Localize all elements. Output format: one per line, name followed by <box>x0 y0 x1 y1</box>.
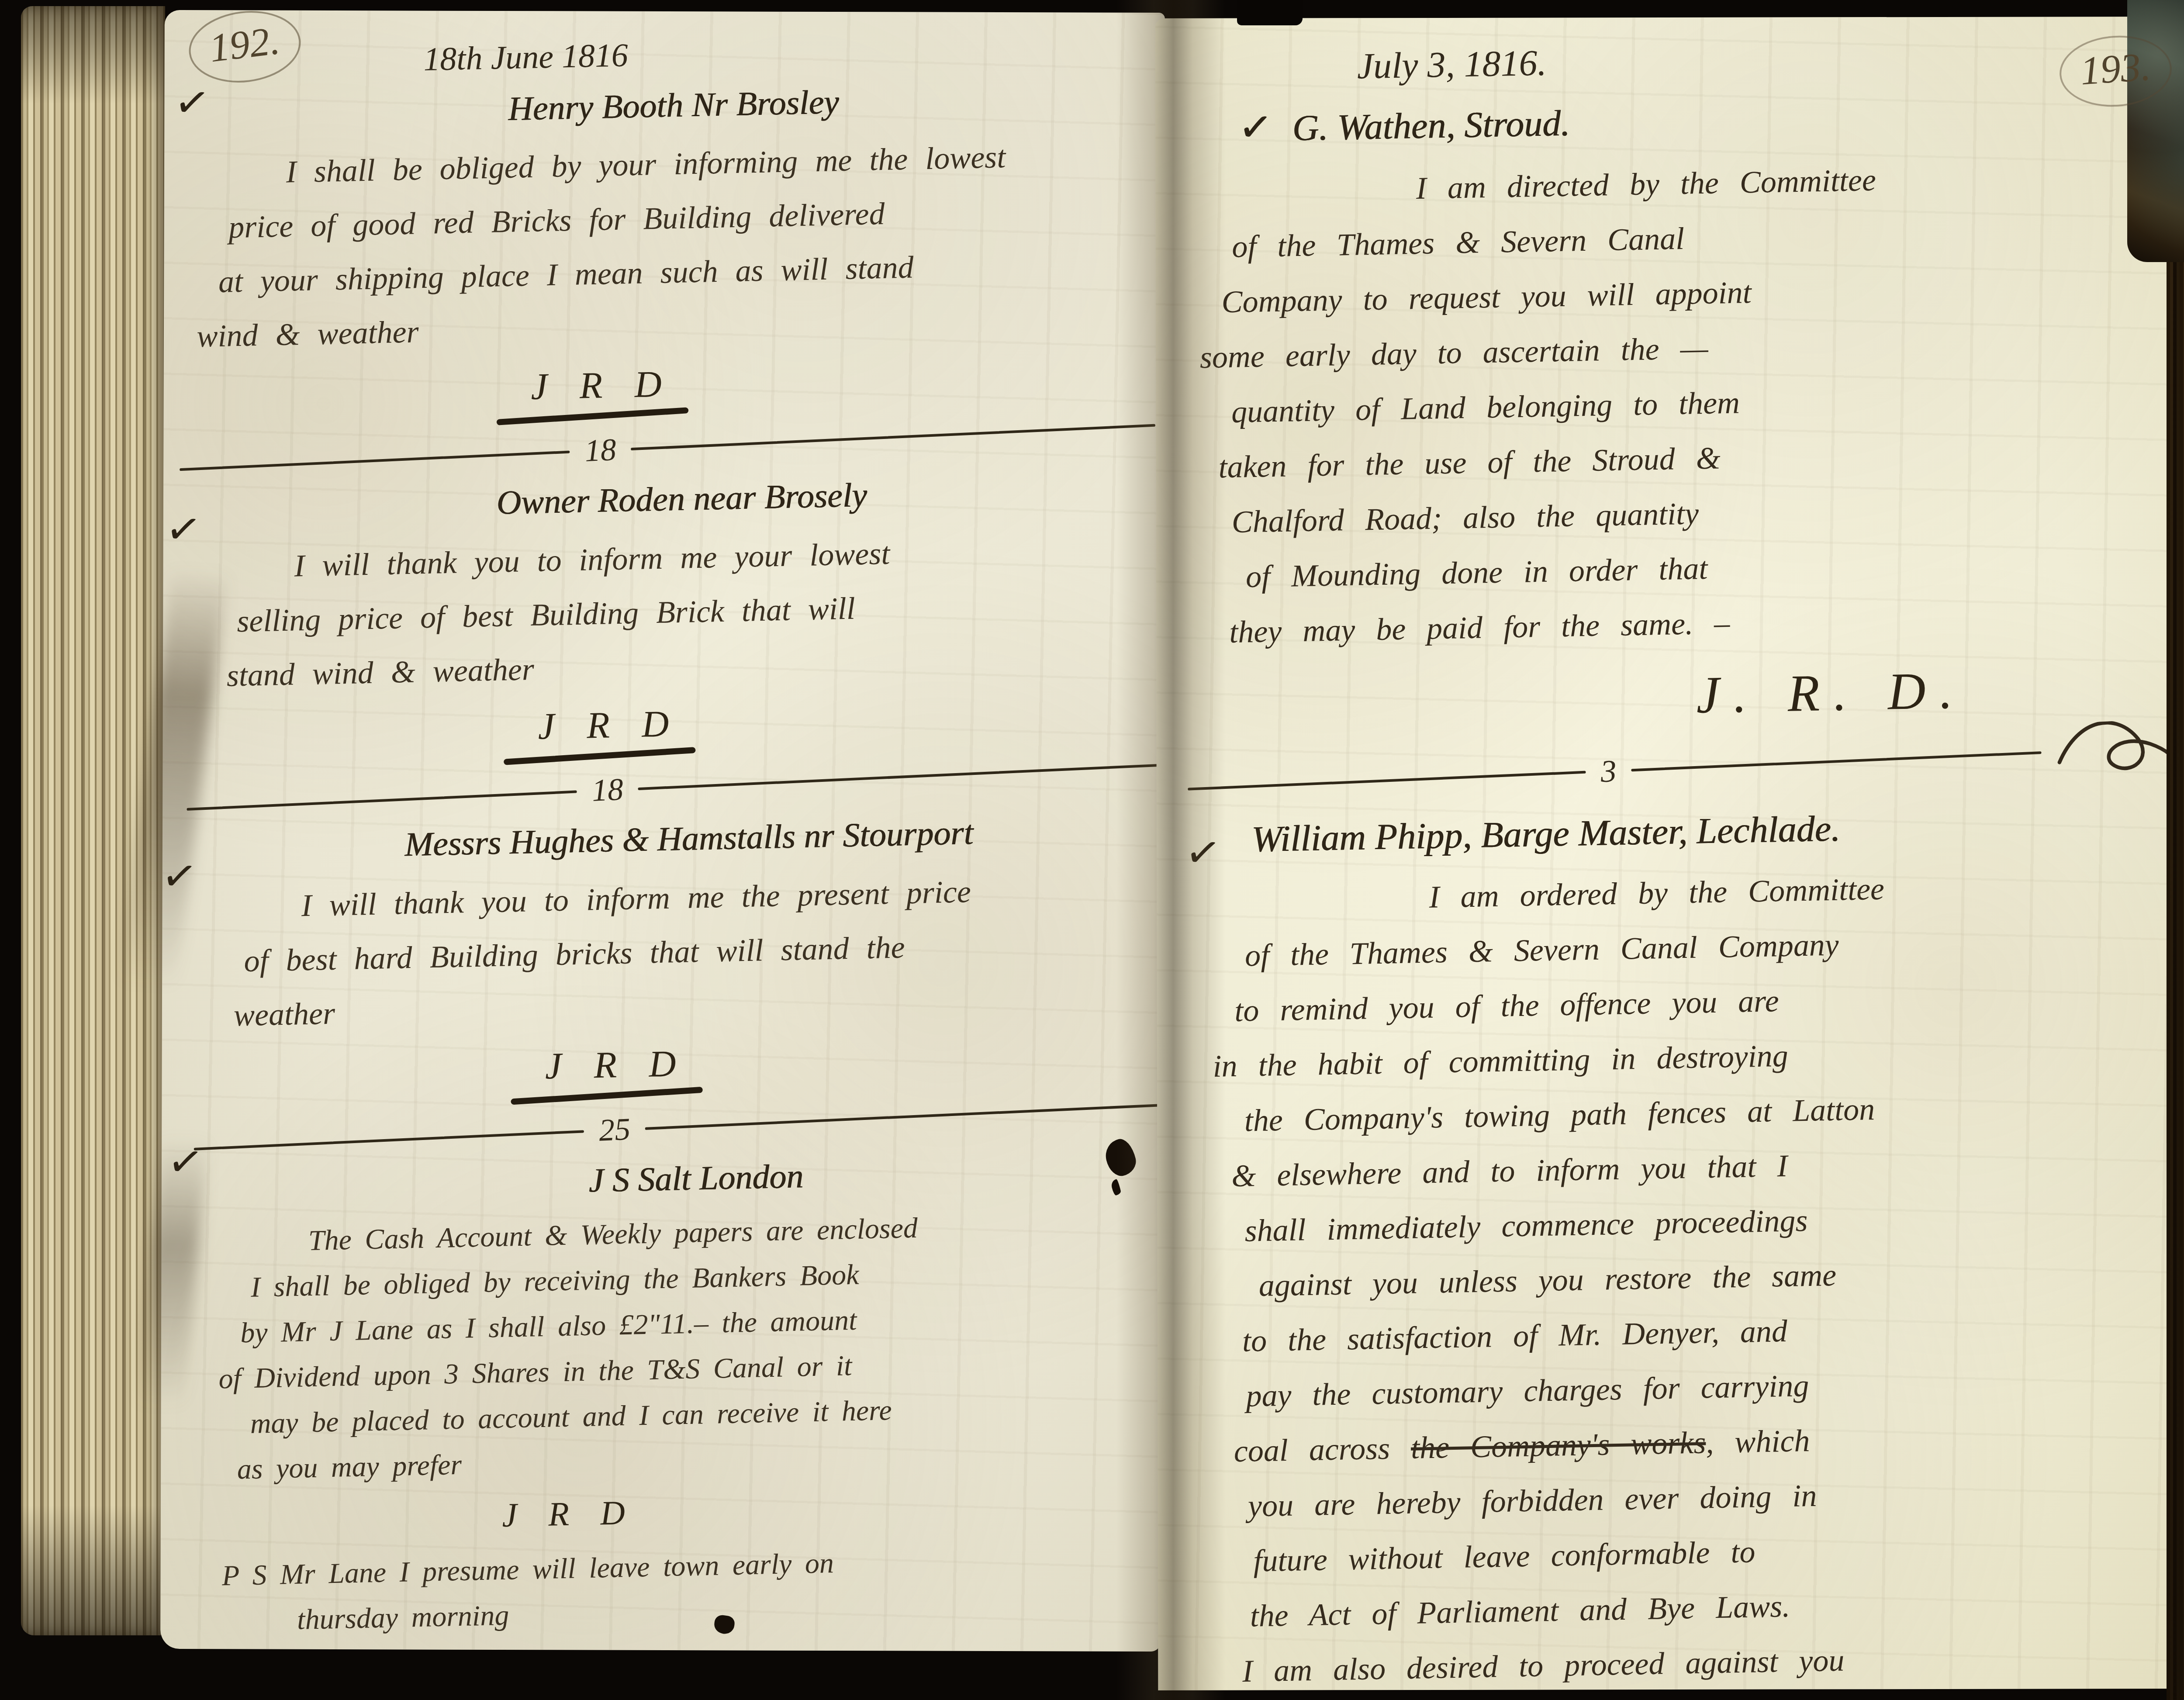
letter-recipient: Henry Booth Nr Brosley <box>219 73 1128 137</box>
signature-initials: J. R. D. <box>1696 657 1967 728</box>
divider-day-number: 18 <box>591 771 624 809</box>
letter-entry: ✓ William Phipp, Barge Master, Lechlade.… <box>1235 799 2179 1699</box>
divider-rule <box>631 424 1155 451</box>
letter-body: I am directed by the Committeeof the Tha… <box>1223 147 2160 660</box>
letter-body: The Cash Account & Weekly papers are enc… <box>242 1200 1157 1492</box>
top-edge-notch <box>1237 0 1303 25</box>
checkmark-icon: ✓ <box>159 853 200 900</box>
page-edges-left <box>21 6 165 1635</box>
left-page-content: ✓ 18th June 1816 Henry Booth Nr Brosley … <box>165 0 1199 1645</box>
postscript: P S Mr Lane I presume will leave town ea… <box>221 1534 1160 1645</box>
letter-entry: ✓ Owner Roden near Brosely I will thank … <box>227 467 1142 814</box>
signature-initials: J R D <box>545 1040 688 1090</box>
signature-initials: J R D <box>537 700 681 750</box>
signature-flourish <box>504 747 696 765</box>
left-page: ✓ 18th June 1816 Henry Booth Nr Brosley … <box>160 10 1165 1652</box>
letter-date: 18th June 1816 <box>423 22 1127 82</box>
signature-flourish <box>511 1087 703 1105</box>
line-segment: coal across <box>1234 1430 1411 1468</box>
letter-body: I shall be obliged by your informing me … <box>220 127 1133 363</box>
recipient-text: G. Wathen, Stroud. <box>1292 103 1570 149</box>
right-page: July 3, 1816. ✓G. Wathen, Stroud. I am d… <box>1155 17 2182 1690</box>
divider-rule <box>187 790 577 811</box>
checkmark-icon: ✓ <box>165 1139 206 1186</box>
divider-day-number: 3 <box>1600 753 1617 789</box>
letter-recipient: ✓G. Wathen, Stroud. <box>1238 86 2151 155</box>
signature-initials: J R D <box>501 1491 637 1536</box>
line-segment: , which <box>1706 1423 1810 1460</box>
signature-initials: J R D <box>530 360 674 410</box>
checkmark-icon: ✓ <box>171 79 212 126</box>
pen-flourish-icon <box>2051 718 2184 781</box>
letter-entry: ✓ J S Salt London The Cash Account & Wee… <box>241 1147 1159 1644</box>
letter-body: I will thank you to inform me your lowes… <box>228 521 1140 702</box>
letter-body: I will thank you to inform me the presen… <box>235 861 1147 1042</box>
letter-entry: ✓ 18th June 1816 Henry Booth Nr Brosley … <box>218 22 1135 475</box>
divider-rule <box>645 1103 1170 1130</box>
open-letter-book: ✓ 18th June 1816 Henry Booth Nr Brosley … <box>0 0 2184 1700</box>
divider-day-number: 18 <box>584 432 617 469</box>
photo-backdrop: { "icons": { "checkmark": "✓" }, "book":… <box>0 0 2184 1700</box>
letter-entry: July 3, 1816. ✓G. Wathen, Stroud. I am d… <box>1221 27 2163 805</box>
checkmark-icon: ✓ <box>1236 100 1274 155</box>
checkmark-icon: ✓ <box>163 507 204 553</box>
letter-date: July 3, 1816. <box>1357 27 2150 91</box>
letter-body: I am ordered by the Committeeof the Tham… <box>1237 856 2179 1699</box>
signature-flourish <box>497 408 689 426</box>
divider-rule <box>638 764 1163 790</box>
checkmark-icon: ✓ <box>1182 830 1223 877</box>
divider-day-number: 25 <box>598 1111 631 1149</box>
struck-text: the Company's works <box>1410 1425 1706 1465</box>
divider-rule <box>180 451 570 471</box>
right-page-content: July 3, 1816. ✓G. Wathen, Stroud. I am d… <box>1155 1 2184 1700</box>
divider-rule <box>1188 771 1586 791</box>
letter-entry: ✓ Messrs Hughes & Hamstalls nr Stourport… <box>234 807 1149 1154</box>
divider-rule <box>194 1130 584 1151</box>
divider-rule <box>1631 751 2041 771</box>
